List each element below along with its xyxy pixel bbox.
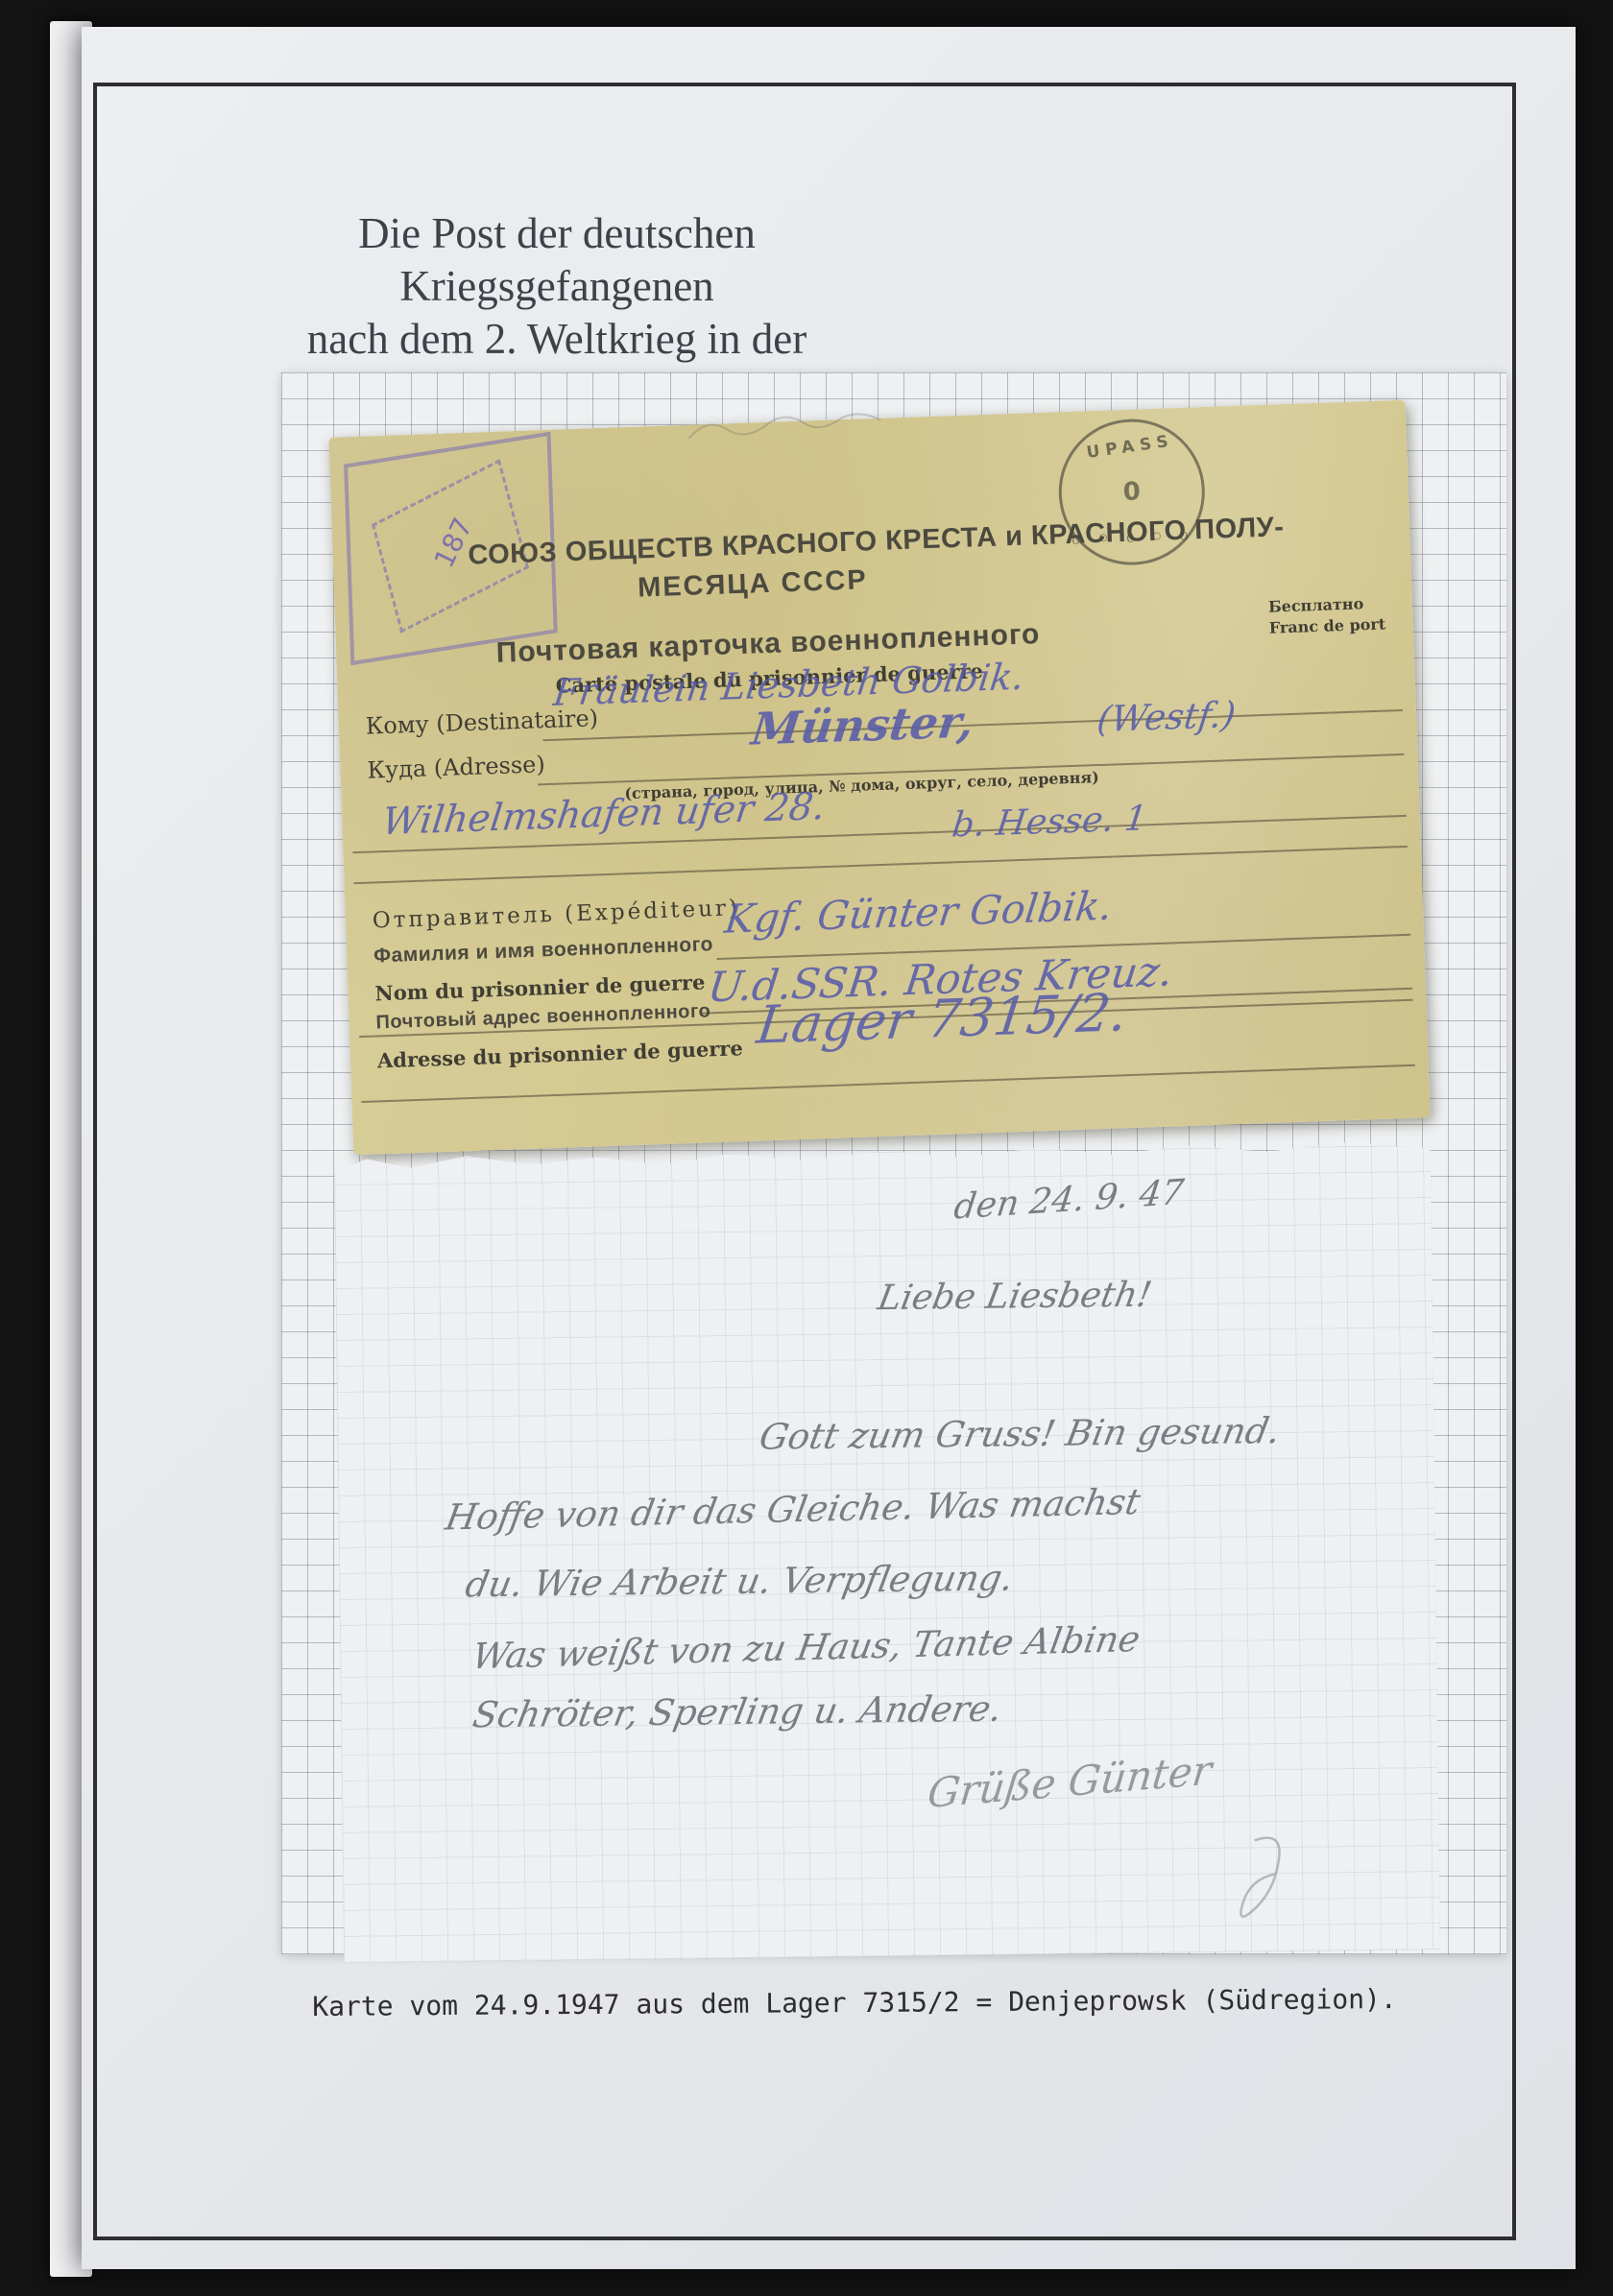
- message-line: du. Wie Arbeit u. Verpflegung.: [466, 1557, 1013, 1605]
- message-salutation: Liebe Liesbeth!: [879, 1276, 1152, 1318]
- signature-flourish: [1188, 1830, 1304, 1937]
- message-line: Schröter, Sperling u. Andere.: [473, 1688, 1002, 1736]
- pencil-scribble: [684, 402, 896, 448]
- sender-name-handwriting: Kgf. Günter Golbik.: [724, 883, 1113, 943]
- page-title-line1: Die Post der deutschen Kriegsgefangenen: [245, 207, 869, 313]
- addr-extra-handwriting: b. Hesse. 1: [951, 799, 1147, 845]
- pow-addr-label-fr: Adresse du prisonnier de guerre: [377, 1036, 744, 1072]
- sender-label: Отправитель (Expéditeur): [372, 896, 740, 933]
- free-of-charge-label: Бесплатно Franc de port: [1268, 592, 1404, 638]
- addr-region-handwriting: (Westf.): [1096, 694, 1236, 740]
- pow-postcard: 187 UPASS 0 o ○ c ○ o СОЮЗ ОБЩЕСТВ КРАСН…: [328, 400, 1430, 1156]
- sender-name-label-fr: Nom du prisonnier de guerre: [374, 969, 706, 1005]
- message-line: Was weißt von zu Haus, Tante Albine: [472, 1618, 1141, 1677]
- message-signature: Grüße Günter: [926, 1747, 1213, 1817]
- message-sheet: den 24. 9. 47 Liebe Liesbeth! Gott zum G…: [334, 1137, 1440, 1963]
- free-of-charge-fr: Franc de port: [1268, 612, 1404, 637]
- addr-label: Куда (Adresse): [367, 751, 545, 783]
- pow-addr-handwriting: Lager 7315/2.: [757, 982, 1128, 1055]
- postmark-digit: 0: [1061, 475, 1202, 509]
- addr-city-handwriting: Münster,: [751, 696, 975, 755]
- album-page: Die Post der deutschen Kriegsgefangenen …: [82, 27, 1576, 2269]
- message-line: Gott zum Gruss! Bin gesund.: [759, 1410, 1280, 1458]
- album-photo: Die Post der deutschen Kriegsgefangenen …: [0, 0, 1613, 2296]
- street-underline-2: [353, 846, 1407, 884]
- message-line: Hoffe von dir das Gleiche. Was machst: [445, 1481, 1141, 1538]
- pow-addr-underline-2: [361, 1064, 1414, 1103]
- postmark-text: UPASS: [1059, 428, 1200, 466]
- message-date: den 24. 9. 47: [952, 1173, 1184, 1227]
- sender-name-label-ru: Фамилия и имя военнопленного: [373, 933, 714, 968]
- addr-street-handwriting: Wilhelmshafen ufer 28.: [382, 785, 826, 844]
